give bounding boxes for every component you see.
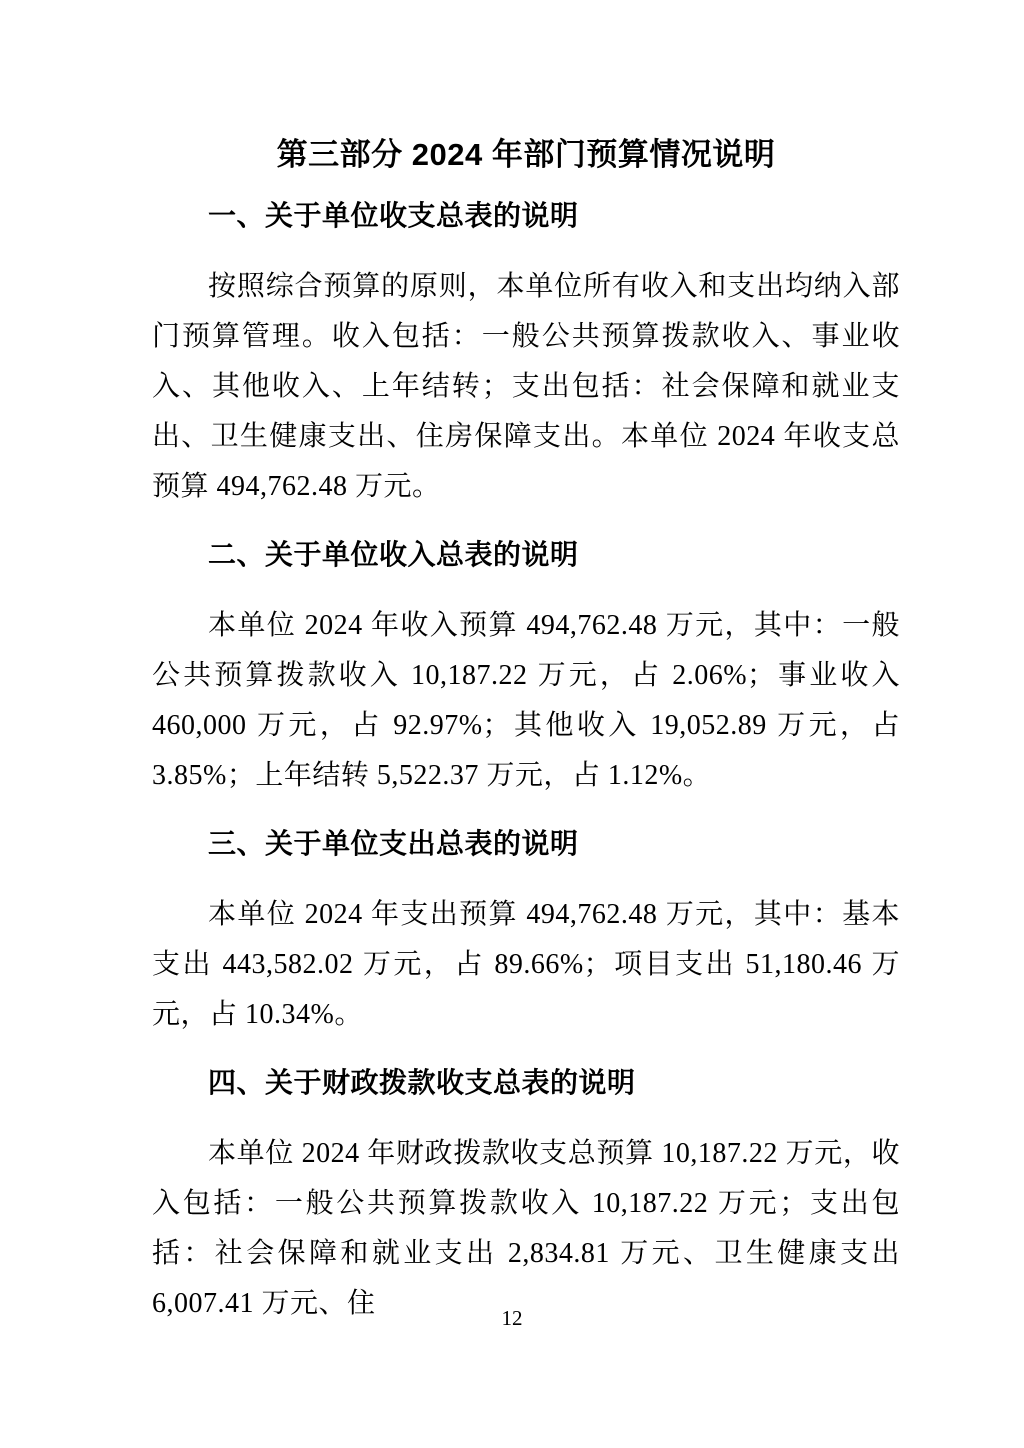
section-3-paragraph: 本单位 2024 年支出预算 494,762.48 万元，其中：基本支出 443…: [152, 890, 900, 1040]
page-number: 12: [0, 1306, 1024, 1330]
section-fiscal-appropriation-summary: 四、关于财政拨款收支总表的说明 本单位 2024 年财政拨款收支总预算 10,1…: [152, 1065, 900, 1329]
section-2-heading: 二、关于单位收入总表的说明: [152, 537, 900, 573]
document-title: 第三部分 2024 年部门预算情况说明: [152, 0, 900, 173]
section-4-paragraph: 本单位 2024 年财政拨款收支总预算 10,187.22 万元，收入包括：一般…: [152, 1129, 900, 1329]
section-4-heading: 四、关于财政拨款收支总表的说明: [152, 1065, 900, 1101]
section-expenditure-summary: 三、关于单位支出总表的说明 本单位 2024 年支出预算 494,762.48 …: [152, 826, 900, 1040]
section-3-heading: 三、关于单位支出总表的说明: [152, 826, 900, 862]
document-page: 第三部分 2024 年部门预算情况说明 一、关于单位收支总表的说明 按照综合预算…: [0, 0, 1024, 1448]
section-1-heading: 一、关于单位收支总表的说明: [152, 198, 900, 234]
section-1-paragraph: 按照综合预算的原则，本单位所有收入和支出均纳入部门预算管理。收入包括：一般公共预…: [152, 262, 900, 512]
section-income-summary: 二、关于单位收入总表的说明 本单位 2024 年收入预算 494,762.48 …: [152, 537, 900, 801]
section-income-expenditure-summary: 一、关于单位收支总表的说明 按照综合预算的原则，本单位所有收入和支出均纳入部门预…: [152, 198, 900, 512]
section-2-paragraph: 本单位 2024 年收入预算 494,762.48 万元，其中：一般公共预算拨款…: [152, 601, 900, 801]
